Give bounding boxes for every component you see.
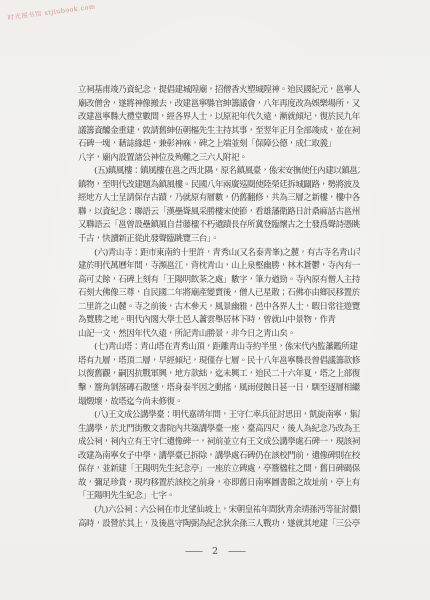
text-line: 故，彌足珍貴，現均移置於該校之前身，亦即舊日南寧圖書館之故址前，亭上有臺署 xyxy=(78,477,360,491)
text-line: 二里許之山麓。寺之前後，古木參天，風景幽雅，邑中各界人士，暇日常往遊覽，以 xyxy=(78,301,360,315)
text-line: 保存，並新建「王陽明先生紀念亭」一座於立碑處，亭簷楹柱之間，舊日碑碣保留如 xyxy=(78,463,360,477)
text-line: (七)青山塔：青山塔在青秀山頂，距離青山寺約半里，係宋代內監蕭鑑所建，此 xyxy=(78,341,360,355)
text-line: 鎮物，至明代改建題為鎮風樓。民國八年兩廣巡閱使陸榮廷拆城闢路，勢將波及，旋 xyxy=(78,179,360,193)
text-line: 千古，快讀新正從此發聲臨眺覽三台」。 xyxy=(78,233,360,247)
text-line: 擊，簷角剝落磚石散墜，塔身泰半因之動搖，風雨侵蝕日甚一日，馴至逐層相繼傾 xyxy=(78,382,360,396)
text-line: 塌燬壞，故塔迄今尚未修復。 xyxy=(78,396,360,410)
text-line: 以復舊觀，嗣因抗戰軍興，地方款絀，迄未興工，迨民二十六年夏，塔之上部復遭雷 xyxy=(78,368,360,382)
text-line: 廟改僧舍，遂將神像搬去，改建邕寧縣官紳籌議會，八年再度改為娛樂場所，又將環境 xyxy=(78,98,360,112)
text-line: 生講學，於北門街敷文書院內共築講學臺一座，臺高四尺，後人為紀念乃改為王文 xyxy=(78,423,360,437)
text-line: 塔有九層，塔頂二層，早經傾圮，現僅存七層。民十八年邕寧縣長曾倡議籌款修葺， xyxy=(78,355,360,369)
text-line: 為覽勝之地。明代內閣大學士邑人蕭雲舉居林下時，曾就山中景物，作青 xyxy=(78,314,360,328)
text-line: (六)青山寺：距市東南約十里許，青秀山(又名泰青峯)之麓，有古寺名青山寺， xyxy=(78,247,360,261)
text-line: 高時，設營於其上，及後邕守陶弼為紀念狄余孫三人戰功，遂就其地建「三公亭」， xyxy=(78,518,360,532)
para-7-qingshan-pagoda: (七)青山塔：青山塔在青秀山頂，距離青山寺約半里，係宋代內監蕭鑑所建，此塔有九層… xyxy=(78,341,360,409)
para-chenghuang-temple-continuation: 立祠基甫竣乃資紀念，提倡建城隍廟，招僧香火塑城隍神。迨民國紀元，邕寧人士，將廟改… xyxy=(78,84,360,165)
text-line: 立祠基甫竣乃資紀念，提倡建城隍廟，招僧香火塑城隍神。迨民國紀元，邕寧人士，將 xyxy=(78,84,360,98)
text-line: (九)六公祠：六公祠在市北望仙坡上，宋朝皇祐年間狄青余靖孫沔等征討儂智 xyxy=(78,504,360,518)
text-line: 改建為南寧女子中學，講學臺已拆除，講學處石碑仍在該校門前，遺像碑則在校內 xyxy=(78,450,360,464)
text-line: (八)王文成公講學臺：明代嘉靖年間，王守仁率兵征討思田，凱旋南寧，集諸 xyxy=(78,409,360,423)
text-line: 議籌資醵金重建，敦請舊紳伍朝樞先生主持其事，至翌年正月全部竣成，並在祠前敬立 xyxy=(78,125,360,139)
para-5-zhenfeng-tower: (五)鎮風樓：鎮風樓在邕之西北隅，原名鎮風臺，係宋安撫使任內建以鎮邕之鎮物，至明… xyxy=(78,165,360,246)
text-line: 建於明代萬曆年間，寺瀕邕江，背枕青山，山上泉壑幽勝，林木蒼鬱，寺內有一石碑， xyxy=(78,260,360,274)
text-line: 高可丈餘，石碑上刻有「王陽明飲茶之處」數字，筆力遒勁。寺內原有僧人主持，並有 xyxy=(78,274,360,288)
text-line: 「王陽明先生紀念」七字。 xyxy=(78,490,360,504)
library-watermark: 时光图书馆 xtjiubook.com xyxy=(7,1,96,21)
body-text: 立祠基甫竣乃資紀念，提倡建城隍廟，招僧香火塑城隍神。迨民國紀元，邕寧人士，將廟改… xyxy=(78,84,360,531)
text-line: 石刻大佛像三尊，自民國二年將廟產變賣後，僧人已星散；石佛亦由鄉民移置於離寺 xyxy=(78,287,360,301)
text-line: 聯，以資紀念：聯語云「漢壘聳風采勝樓宋使節，看雄藩衛路日計桑麻話古邕州」。 xyxy=(78,206,360,220)
para-6-qingshan-temple: (六)青山寺：距市東南約十里許，青秀山(又名泰青峯)之麓，有古寺名青山寺，建於明… xyxy=(78,247,360,342)
para-9-liugong-shrine: (九)六公祠：六公祠在市北望仙坡上，宋朝皇祐年間狄青余靖孫沔等征討儂智高時，設營… xyxy=(78,504,360,531)
text-line: 成公祠，祠內立有王守仁遺像碑一，祠前並立有王文成公講學處石碑一，現該祠已 xyxy=(78,436,360,450)
text-line: 經地方人士呈請保存古蹟，乃就原有層數，仍舊翻修，共為三層之新樓，樓中各刻一 xyxy=(78,192,360,206)
text-line: 石碑一塊，藉誌緣起，兼彰神庥，碑之上端並刻「保障公德，成仁取義」 xyxy=(78,138,360,152)
footer-dash-right: —— xyxy=(228,546,245,557)
footer-dash-left: —— xyxy=(185,546,202,557)
text-line: 又聯語云「邕曾設壘鎮風自昔藤楹不朽遺蹟長存所冀登臨懷古之士發爲聲詩憑眺 xyxy=(78,219,360,233)
text-line: 改建邕寧縣大禮堂數間，經各界人士，以原祀年代久遠，漸就傾圮，復於民九年間，集 xyxy=(78,111,360,125)
para-8-wang-wencheng-lecture-terrace: (八)王文成公講學臺：明代嘉靖年間，王守仁率兵征討思田，凱旋南寧，集諸生講學，於… xyxy=(78,409,360,504)
text-line: 八字，廟內設置諸公神位及殉難之三六人附祀。 xyxy=(78,152,360,166)
page-number: 2 xyxy=(212,546,218,557)
page-footer: —— 2 —— xyxy=(0,546,430,557)
text-line: (五)鎮風樓：鎮風樓在邕之西北隅，原名鎮風臺，係宋安撫使任內建以鎮邕之 xyxy=(78,165,360,179)
text-line: 山記一文，然因年代久遠，所記青山勝景，非今日之青山矣。 xyxy=(78,328,360,342)
scanned-page: 时光图书馆 xtjiubook.com 立祠基甫竣乃資紀念，提倡建城隍廟，招僧香… xyxy=(0,0,430,600)
